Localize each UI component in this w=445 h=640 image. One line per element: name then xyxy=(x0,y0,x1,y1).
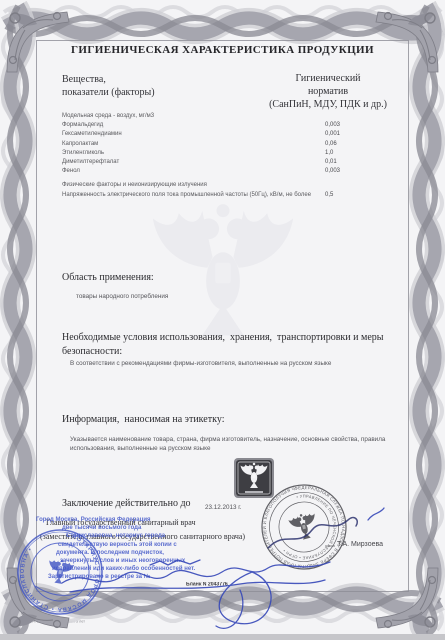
registry-number-handwriting xyxy=(150,560,200,565)
official-signature-stroke xyxy=(268,518,357,548)
check-mark-stroke xyxy=(368,508,384,520)
ink-layer xyxy=(0,0,445,640)
scan-edge-strip xyxy=(0,634,445,640)
certificate-page: ГИГИЕНИЧЕСКАЯ ХАРАКТЕРИСТИКА ПРОДУКЦИИ В… xyxy=(0,0,445,640)
notary-signature-stroke xyxy=(62,562,330,583)
signature-loop xyxy=(219,572,271,624)
